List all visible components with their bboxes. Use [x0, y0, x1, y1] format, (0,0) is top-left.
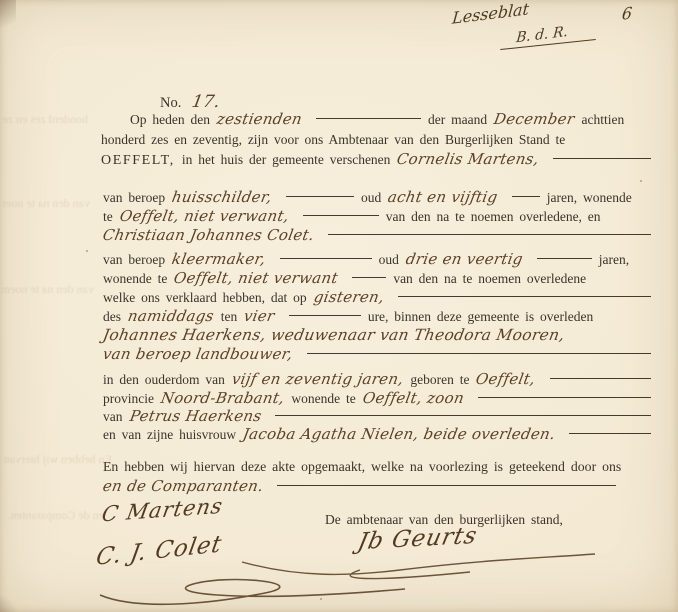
handwritten-father-name: Petrus Haerkens — [128, 407, 263, 425]
act-line-date: Op heden den zestienden der maand Decemb… — [130, 110, 656, 128]
printed-text: en van zijne huisvrouw — [103, 427, 236, 443]
blank-filler-line — [275, 415, 651, 421]
act-line-declarant2-name: Christiaan Johannes Colet. — [103, 226, 658, 244]
handwritten-death-day: gisteren, — [312, 288, 385, 306]
blank-filler-line — [478, 397, 651, 403]
printed-text: van den na te noemen overledene, en — [386, 209, 601, 225]
handwritten-age: vijf en zeventig jaren, — [230, 370, 405, 388]
paper-corner-shadow — [0, 0, 16, 40]
blank-filler-line — [307, 353, 651, 359]
printed-text: der maand — [428, 112, 487, 128]
printed-text: jaren, — [599, 252, 629, 268]
printed-text: En hebben wij hiervan deze akte opgemaak… — [103, 459, 621, 475]
act-line-declarant2-occupation: van beroep kleermaker, oud drie en veert… — [103, 250, 656, 268]
handwritten-text: en de Comparanten. — [101, 477, 265, 495]
printed-text: Op heden den — [130, 112, 210, 128]
blank-filler-line — [316, 118, 421, 124]
blank-filler-line — [569, 433, 651, 439]
printed-text: provincie — [103, 391, 154, 407]
handwritten-mother-name: Jacoba Agatha Nielen, beide overleden. — [242, 425, 557, 443]
archival-page-number: 6 — [621, 3, 633, 24]
handwritten-declarant1-name: Cornelis Martens, — [396, 150, 541, 168]
paper-corner-shadow — [0, 590, 18, 612]
blank-filler-line — [303, 215, 379, 221]
handwritten-province: Noord-Brabant, — [159, 389, 286, 407]
bleedthrough-text: en de Comparanten. — [4, 508, 104, 524]
printed-text: ten — [221, 309, 238, 325]
act-line-deceased-name: Johannes Haerkens, weduwenaar van Theodo… — [103, 326, 656, 344]
printed-text: achttien — [582, 112, 625, 128]
act-line-closing: En hebben wij hiervan deze akte opgemaak… — [103, 459, 656, 475]
blank-filler-line — [537, 258, 592, 264]
handwritten-deceased-name: Johannes Haerkens, weduwenaar van Theodo… — [101, 326, 566, 344]
blank-filler-line — [286, 196, 354, 202]
printed-text: van den na te noemen overledene — [393, 271, 586, 287]
act-line-declarant1-occupation: van beroep huisschilder, oud acht en vij… — [103, 188, 656, 206]
paper-speck — [640, 180, 642, 182]
act-line-declarant1-residence: te Oeffelt, niet verwant, van den na te … — [103, 207, 656, 225]
handwritten-hour: vier — [243, 307, 277, 325]
printed-text: van — [103, 409, 123, 425]
bleedthrough-text: van den na te noemen overledene, en — [2, 196, 90, 212]
printed-text: van beroep — [103, 252, 165, 268]
official-signature: Jb Geurts — [355, 523, 480, 556]
printed-text: wonende te — [291, 391, 355, 407]
handwritten-residence: Oeffelt, niet verwant — [173, 269, 340, 287]
blank-filler-line — [280, 258, 372, 264]
blank-filler-line — [398, 296, 651, 302]
printed-text: geboren te — [410, 372, 469, 388]
blank-filler-line — [550, 378, 651, 384]
printed-text: wonende te — [103, 271, 167, 287]
printed-text: oud — [379, 252, 399, 268]
act-line-declarant2-residence: wonende te Oeffelt, niet verwant van den… — [103, 269, 656, 287]
handwritten-age: drie en veertig — [404, 250, 524, 268]
witness2-signature: C. J. Colet — [94, 531, 224, 571]
paper-speck — [86, 250, 88, 252]
act-line-death-date: welke ons verklaard hebben, dat op giste… — [103, 288, 658, 306]
act-line-deceased-father: van Petrus Haerkens — [103, 407, 658, 425]
witness1-signature: C Martens — [100, 494, 225, 527]
act-line-deceased-age: in den ouderdom van vijf en zeventig jar… — [103, 370, 658, 388]
bleedthrough-text: honderd zes en zeventig, zijn voor ons A… — [2, 112, 88, 128]
handwritten-month: December — [492, 110, 576, 128]
blank-filler-line — [512, 196, 540, 202]
handwritten-occupation: huisschilder, — [171, 188, 274, 206]
printed-text: des — [103, 309, 121, 325]
blank-filler-line — [328, 234, 651, 240]
bleedthrough-text: van den na te noemen overledene — [2, 282, 94, 298]
blank-filler-line — [277, 485, 616, 491]
archival-note-line1: Lesseblat — [451, 0, 529, 28]
handwritten-day: zestienden — [215, 110, 303, 128]
handwritten-occupation: van beroep landbouwer, — [101, 345, 294, 363]
handwritten-birthplace: Oeffelt, — [475, 370, 537, 388]
printed-text: ure, binnen deze gemeente is overleden — [368, 309, 593, 325]
act-line-place: OEFFELT, in het huis der gemeente versch… — [101, 150, 658, 169]
printed-text: jaren, wonende — [547, 190, 632, 206]
act-number-label: No. — [160, 95, 181, 111]
act-line-deceased-mother: en van zijne huisvrouw Jacoba Agatha Nie… — [103, 425, 658, 443]
handwritten-residence: Oeffelt, niet verwant, — [118, 207, 290, 225]
printed-text: van beroep — [103, 190, 165, 206]
handwritten-residence: Oeffelt, zoon — [361, 389, 465, 407]
act-line-deceased-province: provincie Noord-Brabant, wonende te Oeff… — [103, 389, 658, 407]
act-line-comparanten: en de Comparanten. — [103, 477, 623, 495]
printed-place-name: OEFFELT, — [101, 153, 175, 169]
printed-text: te — [103, 209, 113, 225]
paper-speck — [320, 598, 322, 600]
death-certificate-scan: Lesseblat 6 B. d. R. No. 17. Op heden de… — [0, 0, 678, 612]
act-line-death-hour: des namiddags ten vier ure, binnen deze … — [103, 307, 656, 325]
printed-text: in den ouderdom van — [103, 372, 225, 388]
printed-text: oud — [361, 190, 381, 206]
act-line-deceased-occupation: van beroep landbouwer, — [103, 345, 658, 363]
handwritten-daypart: namiddags — [126, 307, 215, 325]
act-line-year: honderd zes en zeventig, zijn voor ons A… — [101, 132, 656, 148]
act-number-value: 17. — [191, 92, 222, 112]
bleedthrough-text: En hebben wij hiervan deze akte opgemaak… — [0, 452, 112, 468]
handwritten-age: acht en vijftig — [387, 188, 500, 206]
printed-text: welke ons verklaard hebben, dat op — [103, 290, 307, 306]
blank-filler-line — [289, 315, 361, 321]
blank-filler-line — [553, 158, 651, 164]
blank-filler-line — [352, 277, 386, 283]
handwritten-declarant2-name: Christiaan Johannes Colet. — [101, 226, 315, 244]
signature-flourish — [95, 565, 425, 610]
act-number: No. 17. — [160, 92, 227, 112]
handwritten-occupation: kleermaker, — [171, 250, 268, 268]
printed-text: in het huis der gemeente verschenen — [182, 152, 391, 168]
printed-text: honderd zes en zeventig, zijn voor ons A… — [101, 132, 565, 148]
